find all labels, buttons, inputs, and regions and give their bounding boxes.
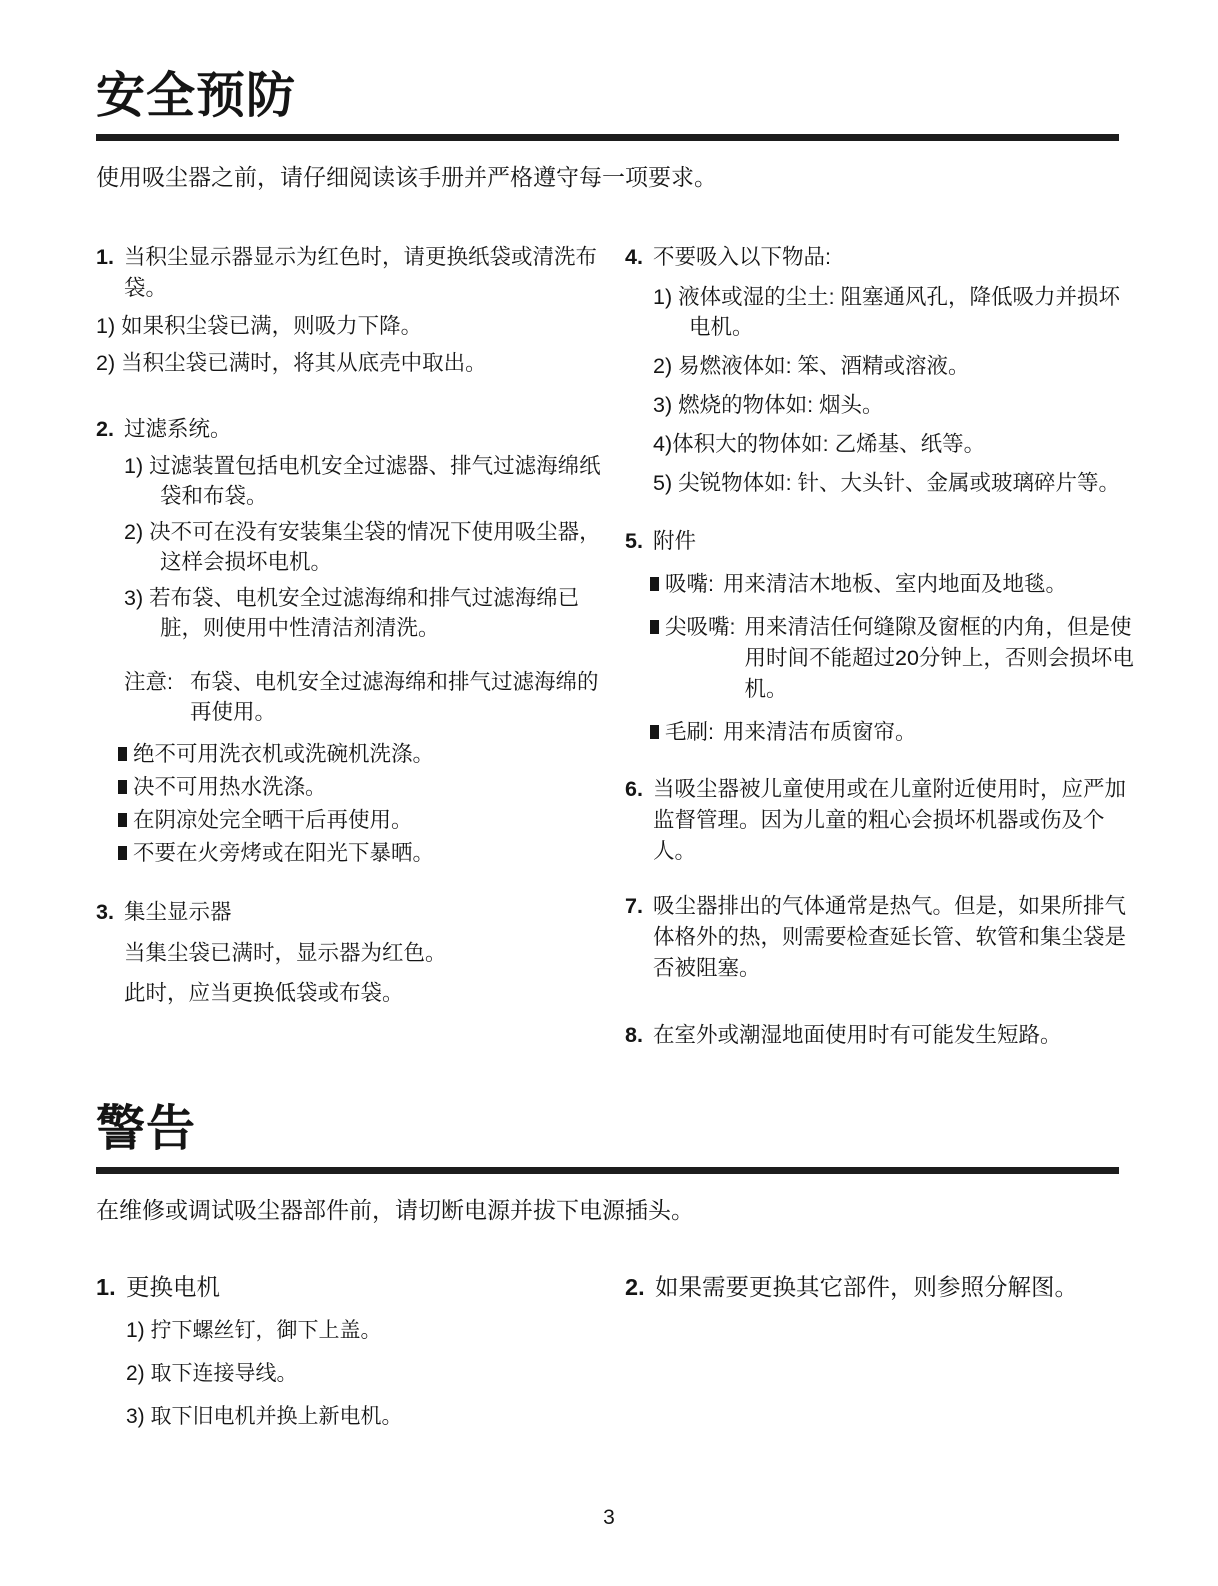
sub-item: 5) 尖锐物体如: 针、大头针、金属或玻璃碎片等。	[653, 468, 1137, 498]
item-2-text: 过滤系统。	[124, 414, 601, 445]
bullet-item: 绝不可用洗衣机或洗碗机洗涤。	[118, 739, 601, 770]
safety-item-7: 7. 吸尘器排出的气体通常是热气。但是，如果所排气体格外的热，则需要检查延长管、…	[625, 891, 1137, 984]
square-bullet-icon	[650, 725, 659, 739]
text-line: 当集尘袋已满时，显示器为红色。	[124, 938, 601, 968]
item-2-head: 2. 过滤系统。	[96, 414, 601, 445]
safety-left-column: 1. 当积尘显示器显示为红色时，请更换纸袋或清洗布袋。 1) 如果积尘袋已满，则…	[96, 242, 601, 1051]
square-bullet-icon	[118, 747, 127, 761]
sub-item: 3) 若布袋、电机安全过滤海绵和排气过滤海绵已脏，则使用中性清洁剂清洗。	[124, 583, 601, 643]
safety-item-4: 4. 不要吸入以下物品: 1) 液体或湿的尘土: 阻塞通风孔，降低吸力并损坏电机…	[625, 242, 1137, 498]
item-5-head: 5. 附件	[625, 526, 1137, 557]
safety-item-5: 5. 附件 吸嘴: 用来清洁木地板、室内地面及地毯。 尖吸嘴: 用来清洁任何缝隙…	[625, 526, 1137, 748]
bullet-text: 用来清洁任何缝隙及窗框的内角，但是使用时间不能超过20分钟上，否则会损坏电机。	[744, 612, 1137, 705]
item-5-text: 附件	[653, 526, 1137, 557]
item-7-head: 7. 吸尘器排出的气体通常是热气。但是，如果所排气体格外的热，则需要检查延长管、…	[625, 891, 1137, 984]
sub-item: 2) 当积尘袋已满时，将其从底壳中取出。	[96, 348, 601, 378]
square-bullet-icon	[650, 620, 659, 634]
warning-item-1-head: 1. 更换电机	[96, 1271, 601, 1303]
item-5-bullets: 吸嘴: 用来清洁木地板、室内地面及地毯。 尖吸嘴: 用来清洁任何缝隙及窗框的内角…	[625, 569, 1137, 748]
sub-item: 2) 决不可在没有安装集尘袋的情况下使用吸尘器，这样会损坏电机。	[124, 517, 601, 577]
item-7-text: 吸尘器排出的气体通常是热气。但是，如果所排气体格外的热，则需要检查延长管、软管和…	[653, 891, 1137, 984]
bullet-item: 吸嘴: 用来清洁木地板、室内地面及地毯。	[650, 569, 1137, 600]
bullet-text: 用来清洁木地板、室内地面及地毯。	[723, 569, 1137, 600]
safety-item-8: 8. 在室外或潮湿地面使用时有可能发生短路。	[625, 1020, 1137, 1051]
text-line: 此时，应当更换低袋或布袋。	[124, 978, 601, 1008]
safety-intro: 使用吸尘器之前，请仔细阅读该手册并严格遵守每一项要求。	[96, 162, 1130, 192]
title-rule	[96, 1167, 1119, 1174]
warning-item-2-head: 2. 如果需要更换其它部件，则参照分解图。	[625, 1271, 1137, 1303]
bullet-label: 尖吸嘴:	[665, 612, 735, 705]
item-6-number: 6.	[625, 774, 653, 867]
bullet-label: 吸嘴:	[665, 569, 714, 600]
warning-item-1-text: 更换电机	[126, 1271, 601, 1303]
item-4-subitems: 1) 液体或湿的尘土: 阻塞通风孔，降低吸力并损坏电机。 2) 易燃液体如: 笨…	[625, 282, 1137, 498]
item-4-number: 4.	[625, 242, 653, 273]
bullet-item: 尖吸嘴: 用来清洁任何缝隙及窗框的内角，但是使用时间不能超过20分钟上，否则会损…	[650, 612, 1137, 705]
safety-columns: 1. 当积尘显示器显示为红色时，请更换纸袋或清洗布袋。 1) 如果积尘袋已满，则…	[96, 242, 1130, 1051]
item-1-head: 1. 当积尘显示器显示为红色时，请更换纸袋或清洗布袋。	[96, 242, 601, 304]
warning-item-1-number: 1.	[96, 1271, 126, 1303]
item-8-head: 8. 在室外或潮湿地面使用时有可能发生短路。	[625, 1020, 1137, 1051]
item-2-subitems: 1) 过滤装置包括电机安全过滤器、排气过滤海绵纸袋和布袋。 2) 决不可在没有安…	[96, 451, 601, 643]
bullet-item: 在阴凉处完全晒干后再使用。	[118, 805, 601, 836]
warning-item-1-subitems: 1) 拧下螺丝钉，御下上盖。 2) 取下连接导线。 3) 取下旧电机并换上新电机…	[126, 1316, 601, 1432]
bullet-text: 决不可用热水洗涤。	[133, 772, 601, 803]
square-bullet-icon	[118, 846, 127, 860]
item-5-number: 5.	[625, 526, 653, 557]
bullet-text: 绝不可用洗衣机或洗碗机洗涤。	[133, 739, 601, 770]
safety-item-6: 6. 当吸尘器被儿童使用或在儿童附近使用时，应严加监督管理。因为儿童的粗心会损坏…	[625, 774, 1137, 867]
bullet-text: 不要在火旁烤或在阳光下暴晒。	[133, 838, 601, 869]
item-3-lines: 当集尘袋已满时，显示器为红色。 此时，应当更换低袋或布袋。	[124, 938, 601, 1008]
safety-section-title: 安全预防	[96, 70, 1130, 124]
sub-item: 1) 液体或湿的尘土: 阻塞通风孔，降低吸力并损坏电机。	[653, 282, 1137, 342]
sub-item: 3) 燃烧的物体如: 烟头。	[653, 390, 1137, 420]
square-bullet-icon	[118, 813, 127, 827]
item-2-bullets: 绝不可用洗衣机或洗碗机洗涤。 决不可用热水洗涤。 在阴凉处完全晒干后再使用。 不…	[96, 739, 601, 869]
square-bullet-icon	[650, 577, 659, 591]
item-6-head: 6. 当吸尘器被儿童使用或在儿童附近使用时，应严加监督管理。因为儿童的粗心会损坏…	[625, 774, 1137, 867]
bullet-item: 不要在火旁烤或在阳光下暴晒。	[118, 838, 601, 869]
sub-item: 3) 取下旧电机并换上新电机。	[126, 1402, 601, 1432]
warning-intro: 在维修或调试吸尘器部件前，请切断电源并拔下电源插头。	[96, 1195, 1130, 1225]
sub-item: 1) 过滤装置包括电机安全过滤器、排气过滤海绵纸袋和布袋。	[124, 451, 601, 511]
title-rule	[96, 134, 1119, 141]
warning-item-2-text: 如果需要更换其它部件，则参照分解图。	[655, 1271, 1137, 1303]
bullet-item: 决不可用热水洗涤。	[118, 772, 601, 803]
sub-item: 2) 易燃液体如: 笨、酒精或溶液。	[653, 351, 1137, 381]
warning-columns: 1. 更换电机 1) 拧下螺丝钉，御下上盖。 2) 取下连接导线。 3) 取下旧…	[96, 1271, 1130, 1432]
page-number: 3	[0, 1506, 1218, 1530]
safety-item-1: 1. 当积尘显示器显示为红色时，请更换纸袋或清洗布袋。 1) 如果积尘袋已满，则…	[96, 242, 601, 378]
item-8-number: 8.	[625, 1020, 653, 1051]
item-6-text: 当吸尘器被儿童使用或在儿童附近使用时，应严加监督管理。因为儿童的粗心会损坏机器或…	[653, 774, 1137, 867]
item-4-head: 4. 不要吸入以下物品:	[625, 242, 1137, 273]
warning-section-title: 警告	[96, 1103, 1130, 1157]
item-1-number: 1.	[96, 242, 124, 304]
sub-item: 1) 拧下螺丝钉，御下上盖。	[126, 1316, 601, 1346]
item-1-subitems: 1) 如果积尘袋已满，则吸力下降。 2) 当积尘袋已满时，将其从底壳中取出。	[96, 311, 601, 378]
safety-item-3: 3. 集尘显示器 当集尘袋已满时，显示器为红色。 此时，应当更换低袋或布袋。	[96, 897, 601, 1008]
item-3-head: 3. 集尘显示器	[96, 897, 601, 928]
item-1-text: 当积尘显示器显示为红色时，请更换纸袋或清洗布袋。	[124, 242, 601, 304]
warning-left-column: 1. 更换电机 1) 拧下螺丝钉，御下上盖。 2) 取下连接导线。 3) 取下旧…	[96, 1271, 601, 1432]
bullet-label: 毛刷:	[665, 717, 714, 748]
safety-item-2: 2. 过滤系统。 1) 过滤装置包括电机安全过滤器、排气过滤海绵纸袋和布袋。 2…	[96, 414, 601, 869]
note-label: 注意:	[124, 667, 173, 727]
sub-item: 1) 如果积尘袋已满，则吸力下降。	[96, 311, 601, 341]
sub-item: 4)体积大的物体如: 乙烯基、纸等。	[653, 429, 1137, 459]
square-bullet-icon	[118, 780, 127, 794]
item-7-number: 7.	[625, 891, 653, 984]
item-2-number: 2.	[96, 414, 124, 445]
item-4-text: 不要吸入以下物品:	[653, 242, 1137, 273]
item-2-note: 注意: 布袋、电机安全过滤海绵和排气过滤海绵的再使用。	[124, 667, 601, 727]
item-3-text: 集尘显示器	[124, 897, 601, 928]
item-3-number: 3.	[96, 897, 124, 928]
item-8-text: 在室外或潮湿地面使用时有可能发生短路。	[653, 1020, 1137, 1051]
warning-item-2-number: 2.	[625, 1271, 655, 1303]
bullet-item: 毛刷: 用来清洁布质窗帘。	[650, 717, 1137, 748]
bullet-text: 在阴凉处完全晒干后再使用。	[133, 805, 601, 836]
warning-right-column: 2. 如果需要更换其它部件，则参照分解图。	[625, 1271, 1137, 1432]
manual-page: 安全预防 使用吸尘器之前，请仔细阅读该手册并严格遵守每一项要求。 1. 当积尘显…	[0, 0, 1218, 1586]
warning-section: 警告 在维修或调试吸尘器部件前，请切断电源并拔下电源插头。 1. 更换电机 1)…	[96, 1103, 1130, 1432]
safety-right-column: 4. 不要吸入以下物品: 1) 液体或湿的尘土: 阻塞通风孔，降低吸力并损坏电机…	[625, 242, 1137, 1051]
note-text: 布袋、电机安全过滤海绵和排气过滤海绵的再使用。	[190, 667, 601, 727]
bullet-text: 用来清洁布质窗帘。	[723, 717, 1137, 748]
sub-item: 2) 取下连接导线。	[126, 1359, 601, 1389]
